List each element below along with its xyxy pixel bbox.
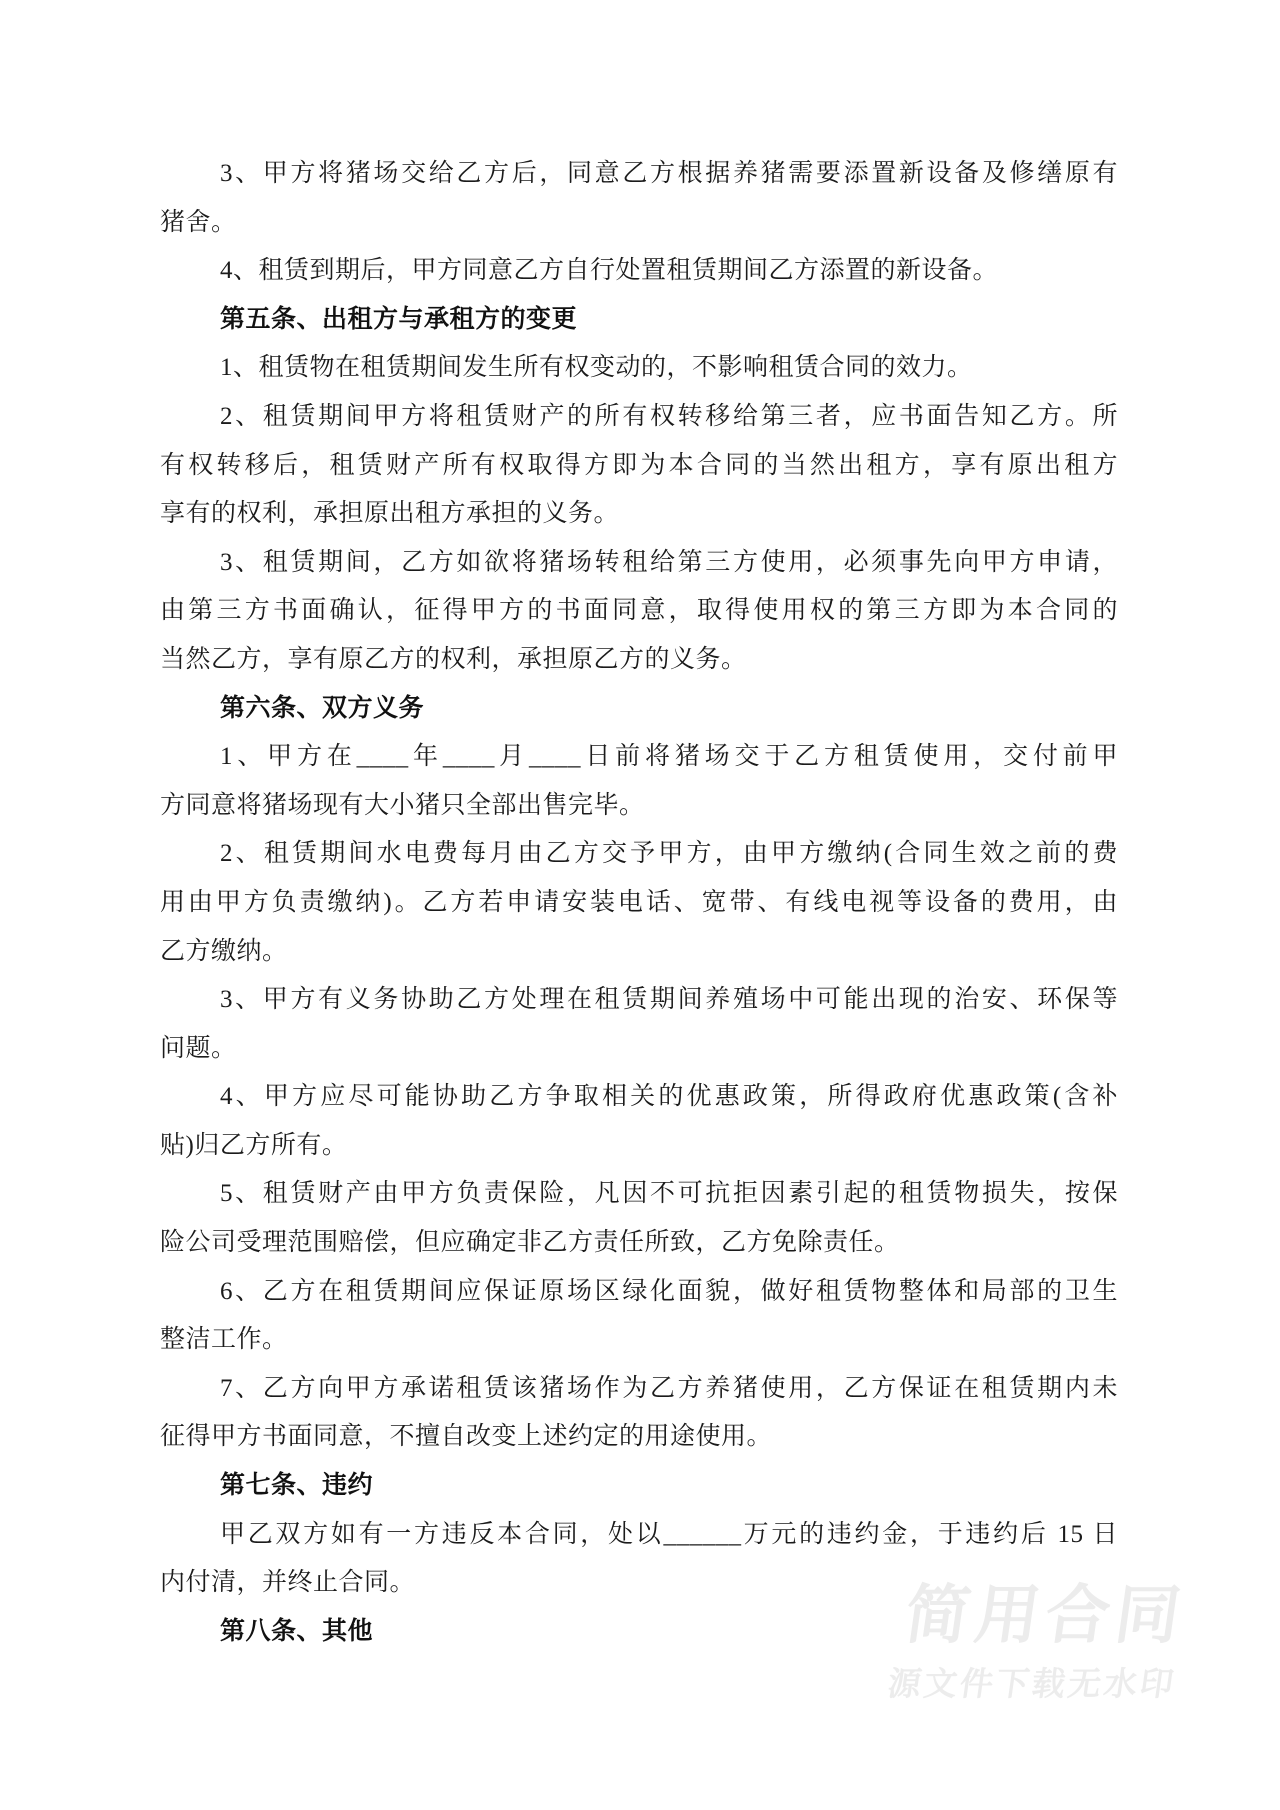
contract-line: 3、甲方有义务协助乙方处理在租赁期间养殖场中可能出现的治安、环保等 xyxy=(160,976,1118,1025)
contract-body: 3、甲方将猪场交给乙方后，同意乙方根据养猪需要添置新设备及修缮原有猪舍。4、租赁… xyxy=(160,150,1118,1656)
section-heading: 第五条、出租方与承租方的变更 xyxy=(160,296,1118,345)
section-heading: 第八条、其他 xyxy=(160,1608,1118,1657)
contract-line: 1、租赁物在租赁期间发生所有权变动的，不影响租赁合同的效力。 xyxy=(160,344,1118,393)
contract-line: 险公司受理范围赔偿，但应确定非乙方责任所致，乙方免除责任。 xyxy=(160,1219,1118,1268)
contract-line: 用由甲方负责缴纳)。乙方若申请安装电话、宽带、有线电视等设备的费用，由 xyxy=(160,879,1118,928)
contract-line: 当然乙方，享有原乙方的权利，承担原乙方的义务。 xyxy=(160,636,1118,685)
contract-line: 享有的权利，承担原出租方承担的义务。 xyxy=(160,490,1118,539)
contract-line: 内付清，并终止合同。 xyxy=(160,1559,1118,1608)
contract-line: 7、乙方向甲方承诺租赁该猪场作为乙方养猪使用，乙方保证在租赁期内未 xyxy=(160,1365,1118,1414)
contract-line: 征得甲方书面同意，不擅自改变上述约定的用途使用。 xyxy=(160,1413,1118,1462)
watermark-subtitle: 源文件下载无水印 xyxy=(886,1667,1179,1700)
contract-line: 4、甲方应尽可能协助乙方争取相关的优惠政策，所得政府优惠政策(含补 xyxy=(160,1073,1118,1122)
contract-line: 3、租赁期间，乙方如欲将猪场转租给第三方使用，必须事先向甲方申请， xyxy=(160,539,1118,588)
section-heading: 第六条、双方义务 xyxy=(160,685,1118,734)
contract-line: 有权转移后，租赁财产所有权取得方即为本合同的当然出租方，享有原出租方 xyxy=(160,442,1118,491)
section-heading: 第七条、违约 xyxy=(160,1462,1118,1511)
contract-line: 方同意将猪场现有大小猪只全部出售完毕。 xyxy=(160,782,1118,831)
contract-line: 4、租赁到期后，甲方同意乙方自行处置租赁期间乙方添置的新设备。 xyxy=(160,247,1118,296)
contract-line: 5、租赁财产由甲方负责保险，凡因不可抗拒因素引起的租赁物损失，按保 xyxy=(160,1170,1118,1219)
contract-line: 整洁工作。 xyxy=(160,1316,1118,1365)
contract-line: 由第三方书面确认，征得甲方的书面同意，取得使用权的第三方即为本合同的 xyxy=(160,587,1118,636)
contract-line: 贴)归乙方所有。 xyxy=(160,1122,1118,1171)
contract-line: 6、乙方在租赁期间应保证原场区绿化面貌，做好租赁物整体和局部的卫生 xyxy=(160,1268,1118,1317)
contract-line: 甲乙双方如有一方违反本合同，处以______万元的违约金，于违约后 15 日 xyxy=(160,1511,1118,1560)
contract-line: 乙方缴纳。 xyxy=(160,928,1118,977)
contract-line: 2、租赁期间水电费每月由乙方交予甲方，由甲方缴纳(合同生效之前的费 xyxy=(160,830,1118,879)
contract-line: 猪舍。 xyxy=(160,199,1118,248)
contract-line: 问题。 xyxy=(160,1025,1118,1074)
contract-line: 2、租赁期间甲方将租赁财产的所有权转移给第三者，应书面告知乙方。所 xyxy=(160,393,1118,442)
contract-line: 3、甲方将猪场交给乙方后，同意乙方根据养猪需要添置新设备及修缮原有 xyxy=(160,150,1118,199)
contract-line: 1、甲方在____年____月____日前将猪场交于乙方租赁使用，交付前甲 xyxy=(160,733,1118,782)
contract-page: 3、甲方将猪场交给乙方后，同意乙方根据养猪需要添置新设备及修缮原有猪舍。4、租赁… xyxy=(0,0,1280,1810)
